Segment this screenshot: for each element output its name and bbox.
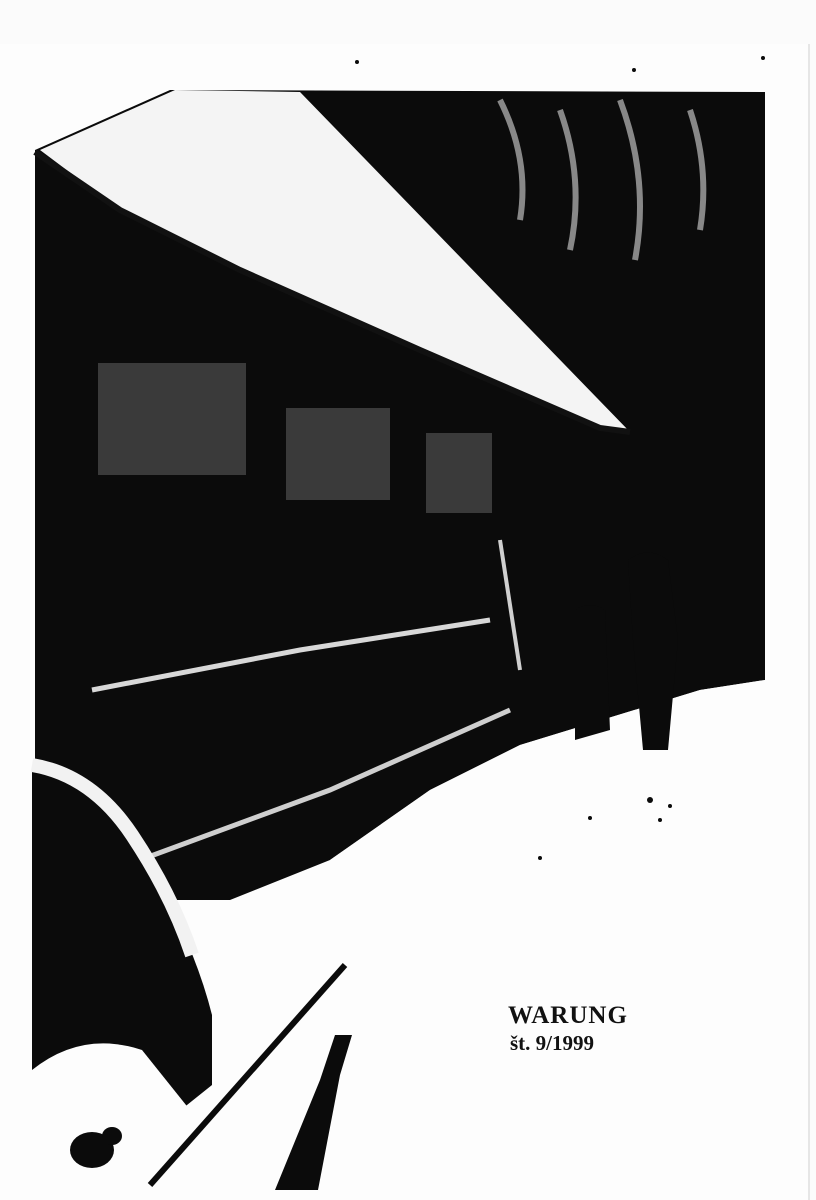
cover-caption: WARUNG št. 9/1999 — [508, 1002, 628, 1056]
issue-number: št. 9/1999 — [510, 1030, 628, 1056]
magazine-title: WARUNG — [508, 1002, 628, 1030]
cover-photo — [0, 0, 816, 1200]
